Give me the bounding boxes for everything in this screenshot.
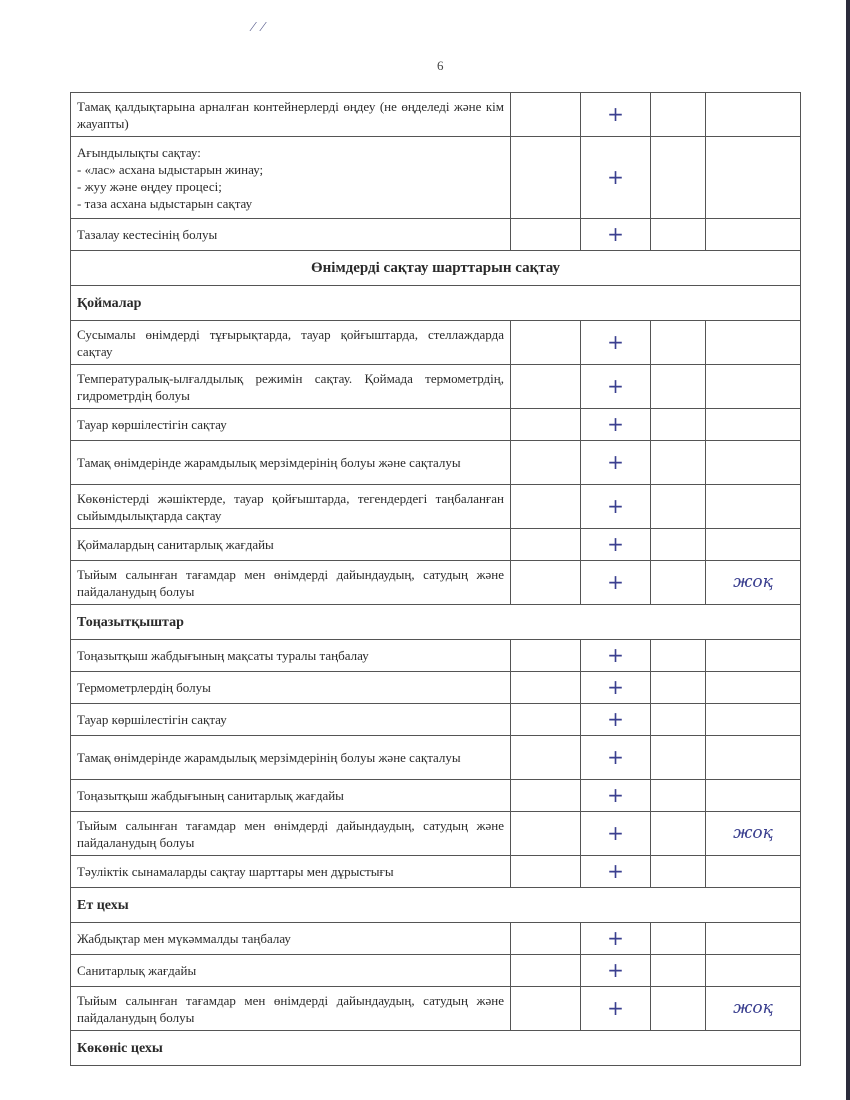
handwritten-note-cell [706, 923, 801, 955]
check-mark-cell-3 [651, 640, 706, 672]
check-mark-cell-2: + [581, 736, 651, 780]
handwritten-note-cell [706, 856, 801, 888]
section-header-row: Тоңазытқыштар [71, 605, 801, 640]
table-row: Термометрлердің болуы+ [71, 672, 801, 704]
criterion-text: Тыйым салынған тағамдар мен өнімдерді да… [71, 561, 511, 605]
handwritten-note-cell [706, 441, 801, 485]
check-mark-cell-1 [511, 704, 581, 736]
check-mark-cell-3 [651, 987, 706, 1031]
table-row: Тамақ өнімдерінде жарамдылық мерзімдерін… [71, 736, 801, 780]
criterion-text: Сусымалы өнімдерді тұғырықтарда, тауар қ… [71, 321, 511, 365]
section-title: Көкөніс цехы [71, 1031, 801, 1066]
handwritten-note-cell [706, 321, 801, 365]
check-mark-cell-1 [511, 219, 581, 251]
check-mark-cell-1 [511, 780, 581, 812]
table-row: Тыйым салынған тағамдар мен өнімдерді да… [71, 812, 801, 856]
criterion-text: Қоймалардың санитарлық жағдайы [71, 529, 511, 561]
check-mark-cell-1 [511, 856, 581, 888]
check-mark-cell-1 [511, 365, 581, 409]
criterion-text: Санитарлық жағдайы [71, 955, 511, 987]
check-mark-cell-1 [511, 955, 581, 987]
section-header-row: Қоймалар [71, 286, 801, 321]
section-header-row: Ет цехы [71, 888, 801, 923]
criterion-text: Тауар көршілестігін сақтау [71, 409, 511, 441]
criterion-text: Тыйым салынған тағамдар мен өнімдерді да… [71, 987, 511, 1031]
check-mark-cell-3 [651, 856, 706, 888]
check-mark-cell-2: + [581, 780, 651, 812]
check-mark-cell-2: + [581, 704, 651, 736]
handwritten-note-cell [706, 93, 801, 137]
table-row: Тамақ қалдықтарына арналған контейнерлер… [71, 93, 801, 137]
handwritten-note-cell: жоқ [706, 812, 801, 856]
check-mark-cell-3 [651, 485, 706, 529]
check-mark-cell-1 [511, 137, 581, 219]
check-mark-cell-2: + [581, 219, 651, 251]
criterion-text: Тамақ өнімдерінде жарамдылық мерзімдерін… [71, 736, 511, 780]
handwritten-note-cell [706, 219, 801, 251]
table-row: Тәуліктік сынамаларды сақтау шарттары ме… [71, 856, 801, 888]
table-row: Тыйым салынған тағамдар мен өнімдерді да… [71, 987, 801, 1031]
check-mark-cell-2: + [581, 987, 651, 1031]
check-mark-cell-2: + [581, 137, 651, 219]
check-mark-cell-2: + [581, 672, 651, 704]
criterion-text: Тоңазытқыш жабдығының санитарлық жағдайы [71, 780, 511, 812]
handwritten-note-cell [706, 137, 801, 219]
section-header-row: Көкөніс цехы [71, 1031, 801, 1066]
criterion-text: Температуралық-ылғалдылық режимін сақтау… [71, 365, 511, 409]
criterion-text: Тамақ қалдықтарына арналған контейнерлер… [71, 93, 511, 137]
check-mark-cell-2: + [581, 93, 651, 137]
handwritten-note-cell [706, 672, 801, 704]
criterion-text: Тыйым салынған тағамдар мен өнімдерді да… [71, 812, 511, 856]
check-mark-cell-3 [651, 955, 706, 987]
criterion-text: Ағындылықты сақтау: - «лас» асхана ыдыст… [71, 137, 511, 219]
check-mark-cell-2: + [581, 485, 651, 529]
criterion-text: Тазалау кестесінің болуы [71, 219, 511, 251]
check-mark-cell-1 [511, 409, 581, 441]
check-mark-cell-2: + [581, 640, 651, 672]
table-row: Тоңазытқыш жабдығының мақсаты туралы таң… [71, 640, 801, 672]
check-mark-cell-3 [651, 529, 706, 561]
table-row: Тыйым салынған тағамдар мен өнімдерді да… [71, 561, 801, 605]
check-mark-cell-3 [651, 923, 706, 955]
handwritten-note-cell: жоқ [706, 561, 801, 605]
stray-pen-marks: ⁄ ⁄ [252, 20, 266, 36]
criterion-text: Тауар көршілестігін сақтау [71, 704, 511, 736]
table-row: Тоңазытқыш жабдығының санитарлық жағдайы… [71, 780, 801, 812]
handwritten-note-cell [706, 365, 801, 409]
check-mark-cell-3 [651, 409, 706, 441]
section-title: Ет цехы [71, 888, 801, 923]
handwritten-note-cell [706, 736, 801, 780]
section-title: Қоймалар [71, 286, 801, 321]
check-mark-cell-3 [651, 812, 706, 856]
table-row: Көкөністерді жәшіктерде, тауар қойғыштар… [71, 485, 801, 529]
check-mark-cell-1 [511, 529, 581, 561]
handwritten-note-cell [706, 704, 801, 736]
check-mark-cell-1 [511, 672, 581, 704]
check-mark-cell-1 [511, 812, 581, 856]
table-row: Жабдықтар мен мүкәммалды таңбалау+ [71, 923, 801, 955]
criterion-text: Тәуліктік сынамаларды сақтау шарттары ме… [71, 856, 511, 888]
check-mark-cell-3 [651, 704, 706, 736]
handwritten-note-cell [706, 955, 801, 987]
check-mark-cell-1 [511, 93, 581, 137]
check-mark-cell-1 [511, 561, 581, 605]
check-mark-cell-1 [511, 485, 581, 529]
table-title-row: Өнімдерді сақтау шарттарын сақтау [71, 251, 801, 286]
section-title: Тоңазытқыштар [71, 605, 801, 640]
check-mark-cell-3 [651, 219, 706, 251]
check-mark-cell-2: + [581, 955, 651, 987]
table-row: Тамақ өнімдерінде жарамдылық мерзімдерін… [71, 441, 801, 485]
check-mark-cell-3 [651, 736, 706, 780]
check-mark-cell-1 [511, 987, 581, 1031]
handwritten-note-cell [706, 485, 801, 529]
check-mark-cell-3 [651, 137, 706, 219]
check-mark-cell-1 [511, 321, 581, 365]
check-mark-cell-3 [651, 561, 706, 605]
check-mark-cell-3 [651, 780, 706, 812]
handwritten-note-cell: жоқ [706, 987, 801, 1031]
handwritten-note-cell [706, 640, 801, 672]
table-row: Тауар көршілестігін сақтау+ [71, 704, 801, 736]
handwritten-note-cell [706, 409, 801, 441]
check-mark-cell-2: + [581, 441, 651, 485]
table-title: Өнімдерді сақтау шарттарын сақтау [71, 251, 801, 286]
criterion-text: Тоңазытқыш жабдығының мақсаты туралы таң… [71, 640, 511, 672]
check-mark-cell-2: + [581, 812, 651, 856]
page-number: 6 [437, 58, 444, 74]
check-mark-cell-1 [511, 640, 581, 672]
check-mark-cell-2: + [581, 365, 651, 409]
check-mark-cell-2: + [581, 856, 651, 888]
table-row: Сусымалы өнімдерді тұғырықтарда, тауар қ… [71, 321, 801, 365]
handwritten-note-cell [706, 529, 801, 561]
check-mark-cell-3 [651, 365, 706, 409]
check-mark-cell-2: + [581, 923, 651, 955]
inspection-checklist: Тамақ қалдықтарына арналған контейнерлер… [70, 92, 800, 1066]
criterion-text: Тамақ өнімдерінде жарамдылық мерзімдерін… [71, 441, 511, 485]
table-row: Ағындылықты сақтау: - «лас» асхана ыдыст… [71, 137, 801, 219]
check-mark-cell-3 [651, 93, 706, 137]
criterion-text: Термометрлердің болуы [71, 672, 511, 704]
handwritten-note-cell [706, 780, 801, 812]
check-mark-cell-1 [511, 736, 581, 780]
criterion-text: Жабдықтар мен мүкәммалды таңбалау [71, 923, 511, 955]
scan-edge [846, 0, 850, 1100]
check-mark-cell-3 [651, 672, 706, 704]
checklist-table: Тамақ қалдықтарына арналған контейнерлер… [70, 92, 801, 1066]
table-row: Қоймалардың санитарлық жағдайы+ [71, 529, 801, 561]
criterion-text: Көкөністерді жәшіктерде, тауар қойғыштар… [71, 485, 511, 529]
table-row: Температуралық-ылғалдылық режимін сақтау… [71, 365, 801, 409]
check-mark-cell-3 [651, 321, 706, 365]
table-row: Тауар көршілестігін сақтау+ [71, 409, 801, 441]
check-mark-cell-2: + [581, 561, 651, 605]
check-mark-cell-2: + [581, 321, 651, 365]
table-row: Тазалау кестесінің болуы+ [71, 219, 801, 251]
check-mark-cell-3 [651, 441, 706, 485]
check-mark-cell-2: + [581, 529, 651, 561]
check-mark-cell-1 [511, 441, 581, 485]
check-mark-cell-1 [511, 923, 581, 955]
check-mark-cell-2: + [581, 409, 651, 441]
table-row: Санитарлық жағдайы+ [71, 955, 801, 987]
